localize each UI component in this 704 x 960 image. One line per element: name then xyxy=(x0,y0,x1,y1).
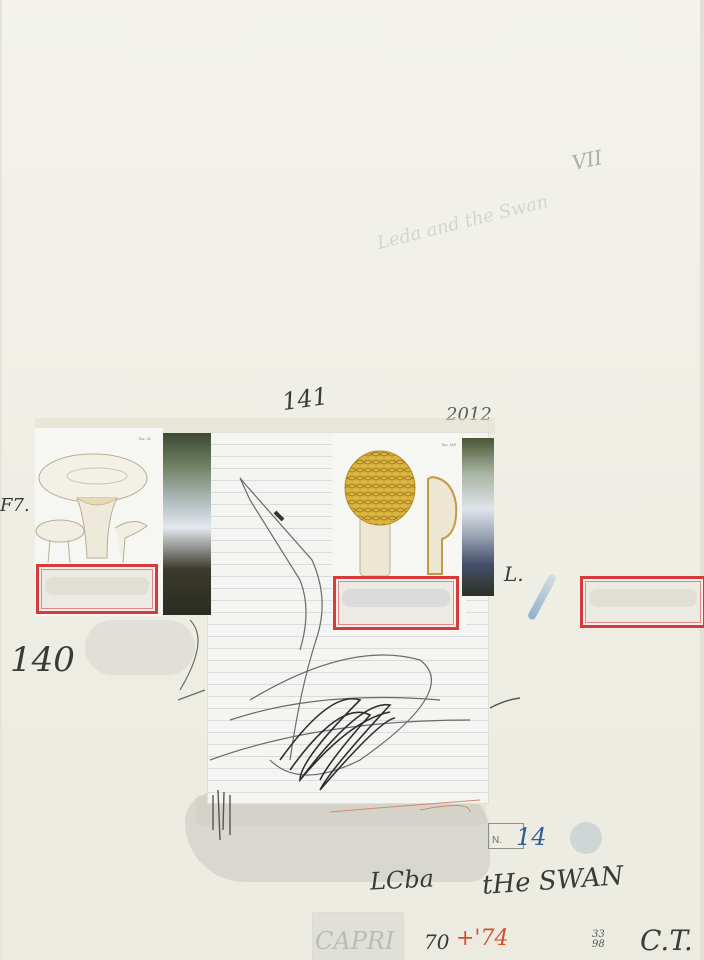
year-red: +'74 xyxy=(456,926,508,951)
fraction-bottom: 98 xyxy=(592,940,605,950)
year-grey: 70 xyxy=(424,930,449,954)
artist-initials: C.T. xyxy=(640,924,693,957)
capri-ghost-text: CAPRI xyxy=(315,927,394,955)
circular-stamp xyxy=(570,822,602,854)
blue-number-14: 14 xyxy=(516,823,547,851)
paper-fragment: CAPRI xyxy=(312,912,404,960)
artwork-canvas: VII Leda and the Swan 141 2012 F7. 140 L… xyxy=(0,0,704,960)
pencil-swan-drawing xyxy=(0,0,704,960)
title-scrawl-part1: LCba xyxy=(369,864,434,895)
edition-fraction: 33 98 xyxy=(592,930,605,950)
